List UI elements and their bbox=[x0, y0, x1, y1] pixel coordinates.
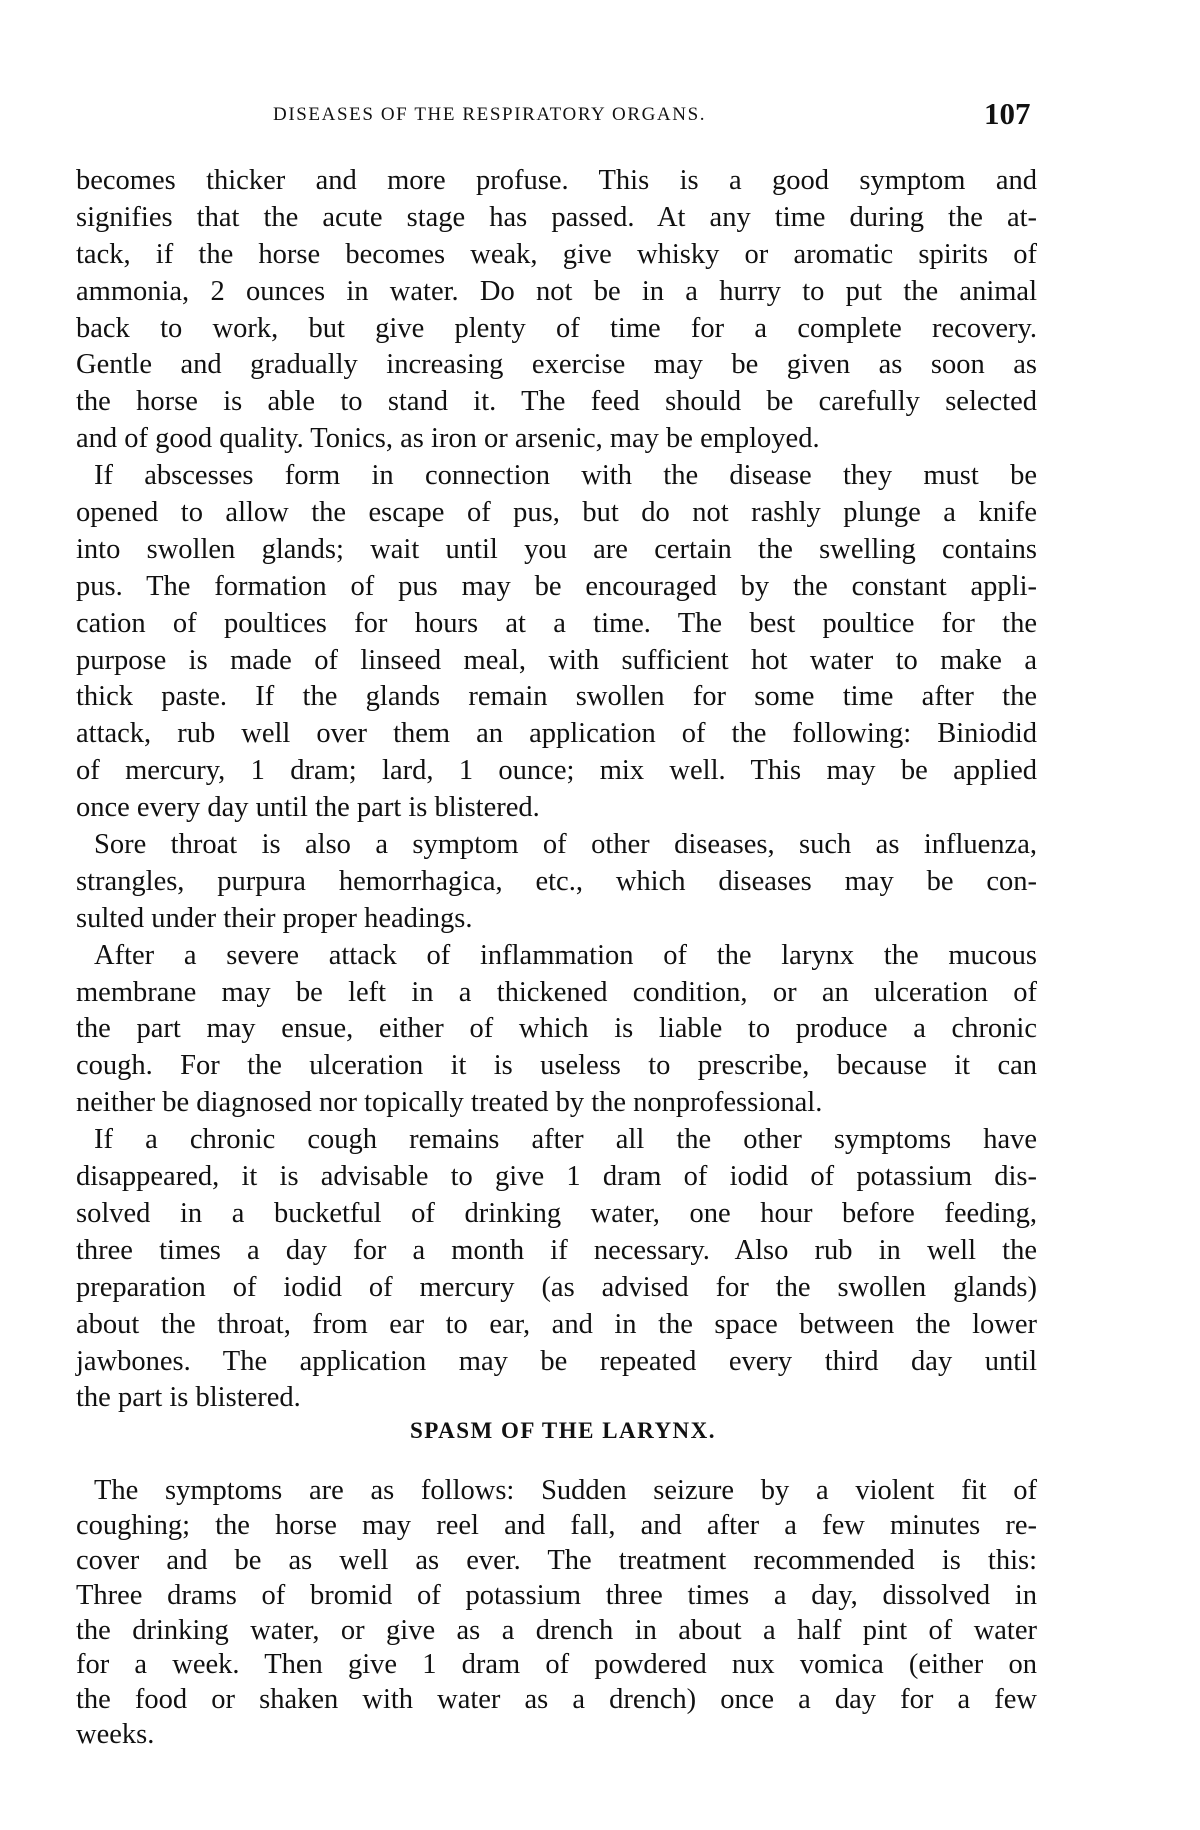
text-line: thick paste. If the glands remain swolle… bbox=[76, 679, 1037, 716]
text-line: membrane may be left in a thickened cond… bbox=[76, 975, 1037, 1012]
text-line: three times a day for a month if necessa… bbox=[76, 1233, 1037, 1270]
text-line: into swollen glands; wait until you are … bbox=[76, 532, 1037, 569]
text-line: cation of poultices for hours at a time.… bbox=[76, 606, 1037, 643]
text-line: cough. For the ulceration it is useless … bbox=[76, 1048, 1037, 1085]
text-line: Three drams of bromid of potassium three… bbox=[76, 1579, 1037, 1614]
text-line: about the throat, from ear to ear, and i… bbox=[76, 1307, 1037, 1344]
text-line: opened to allow the escape of pus, but d… bbox=[76, 495, 1037, 532]
text-line: If a chronic cough remains after all the… bbox=[76, 1122, 1037, 1159]
text-line: purpose is made of linseed meal, with su… bbox=[76, 643, 1037, 680]
section-paragraph-1: The symptoms are as follows: Sudden seiz… bbox=[76, 1474, 1037, 1753]
text-line: coughing; the horse may reel and fall, a… bbox=[76, 1509, 1037, 1544]
text-line: of mercury, 1 dram; lard, 1 ounce; mix w… bbox=[76, 753, 1037, 790]
text-line: neither be diagnosed nor topically treat… bbox=[76, 1085, 1037, 1122]
text-line: After a severe attack of inflammation of… bbox=[76, 938, 1037, 975]
text-line: attack, rub well over them an applicatio… bbox=[76, 716, 1037, 753]
section-text-block: The symptoms are as follows: Sudden seiz… bbox=[76, 1474, 1037, 1753]
page-number: 107 bbox=[984, 96, 1031, 132]
paragraph-4: After a severe attack of inflammation of… bbox=[76, 938, 1037, 1122]
text-line: solved in a bucketful of drinking water,… bbox=[76, 1196, 1037, 1233]
main-text-block: becomes thicker and more profuse. This i… bbox=[76, 163, 1037, 1417]
text-line: once every day until the part is blister… bbox=[76, 790, 1037, 827]
text-line: the drinking water, or give as a drench … bbox=[76, 1614, 1037, 1649]
text-line: sulted under their proper headings. bbox=[76, 901, 1037, 938]
text-line: weeks. bbox=[76, 1718, 1037, 1753]
text-line: tack, if the horse becomes weak, give wh… bbox=[76, 237, 1037, 274]
paragraph-2: If abscesses form in connection with the… bbox=[76, 458, 1037, 827]
text-line: disappeared, it is advisable to give 1 d… bbox=[76, 1159, 1037, 1196]
text-line: the horse is able to stand it. The feed … bbox=[76, 384, 1037, 421]
paragraph-1: becomes thicker and more profuse. This i… bbox=[76, 163, 1037, 458]
text-line: the part is blistered. bbox=[76, 1380, 1037, 1417]
text-line: the food or shaken with water as a drenc… bbox=[76, 1683, 1037, 1718]
text-line: preparation of iodid of mercury (as advi… bbox=[76, 1270, 1037, 1307]
text-line: If abscesses form in connection with the… bbox=[76, 458, 1037, 495]
text-line: Gentle and gradually increasing exercise… bbox=[76, 347, 1037, 384]
text-line: strangles, purpura hemorrhagica, etc., w… bbox=[76, 864, 1037, 901]
text-line: signifies that the acute stage has passe… bbox=[76, 200, 1037, 237]
section-heading: SPASM OF THE LARYNX. bbox=[0, 1418, 1200, 1444]
text-line: The symptoms are as follows: Sudden seiz… bbox=[76, 1474, 1037, 1509]
text-line: and of good quality. Tonics, as iron or … bbox=[76, 421, 1037, 458]
text-line: becomes thicker and more profuse. This i… bbox=[76, 163, 1037, 200]
running-header-title: DISEASES OF THE RESPIRATORY ORGANS. bbox=[273, 104, 706, 126]
paragraph-3: Sore throat is also a symptom of other d… bbox=[76, 827, 1037, 938]
paragraph-5: If a chronic cough remains after all the… bbox=[76, 1122, 1037, 1417]
text-line: Sore throat is also a symptom of other d… bbox=[76, 827, 1037, 864]
text-line: cover and be as well as ever. The treatm… bbox=[76, 1544, 1037, 1579]
text-line: back to work, but give plenty of time fo… bbox=[76, 311, 1037, 348]
text-line: the part may ensue, either of which is l… bbox=[76, 1011, 1037, 1048]
text-line: for a week. Then give 1 dram of powdered… bbox=[76, 1648, 1037, 1683]
book-page: DISEASES OF THE RESPIRATORY ORGANS. 107 … bbox=[0, 0, 1200, 1830]
text-line: jawbones. The application may be repeate… bbox=[76, 1344, 1037, 1381]
text-line: ammonia, 2 ounces in water. Do not be in… bbox=[76, 274, 1037, 311]
section-heading-text: SPASM OF THE LARYNX. bbox=[410, 1418, 716, 1443]
text-line: pus. The formation of pus may be encoura… bbox=[76, 569, 1037, 606]
